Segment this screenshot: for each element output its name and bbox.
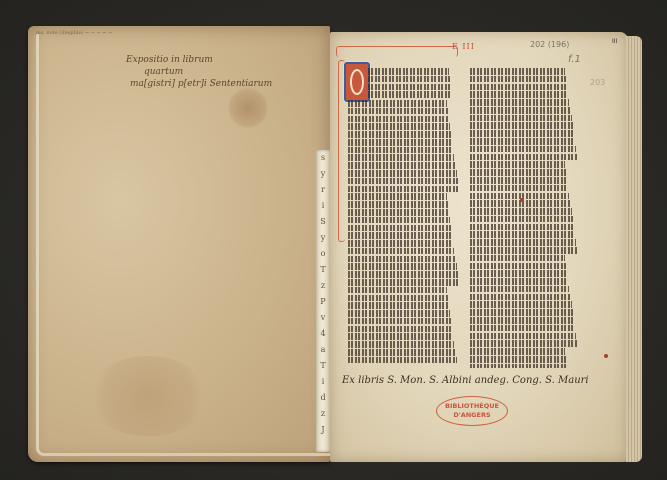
text-line [470, 278, 568, 285]
top-right-mark: III [612, 38, 617, 45]
text-line [470, 224, 574, 231]
text-line [470, 138, 575, 145]
top-scrawl-note: ms. note (illegible) ~ ~ ~ ~ ~ [36, 30, 296, 44]
text-line [348, 225, 451, 232]
text-line [348, 256, 456, 263]
text-line [470, 216, 573, 223]
text-line [470, 270, 567, 277]
rubric-mark [604, 354, 608, 358]
text-line [470, 301, 572, 308]
text-line [348, 131, 451, 138]
text-line [470, 122, 573, 129]
text-line [470, 356, 566, 363]
spine-character: T [316, 358, 330, 374]
text-line [348, 217, 450, 224]
text-line [470, 154, 577, 161]
text-line [470, 263, 566, 270]
text-line [348, 349, 456, 356]
text-line [470, 68, 565, 75]
text-line [470, 177, 567, 184]
text-line [470, 247, 577, 254]
handwritten-title-line-1: Expositio in librum [126, 54, 213, 66]
spine-character: z [316, 278, 330, 294]
spine-character: 4 [316, 326, 330, 342]
spine-character: z [316, 406, 330, 422]
text-line [470, 309, 573, 316]
text-line [470, 107, 570, 114]
text-line [470, 208, 572, 215]
text-line [470, 364, 567, 368]
spine-character: T [316, 262, 330, 278]
text-line [470, 130, 574, 137]
text-column-2 [470, 68, 578, 368]
text-line [348, 178, 458, 185]
spine-character: y [316, 166, 330, 182]
text-line [348, 170, 457, 177]
decorative-border-top [336, 46, 458, 57]
spine-character: J [316, 422, 330, 438]
text-line [470, 99, 569, 106]
text-line [470, 76, 566, 83]
pencil-shelfmark: 202 (196) [530, 40, 569, 49]
spine-character: a [316, 342, 330, 358]
text-line [348, 116, 449, 123]
text-line [348, 232, 452, 239]
water-stain [228, 88, 268, 128]
text-line [348, 193, 447, 200]
text-line [348, 295, 448, 302]
text-line [348, 186, 459, 193]
spine-character: S [316, 214, 330, 230]
page-edges [626, 36, 642, 462]
spine-character: r [316, 182, 330, 198]
text-line [348, 271, 458, 278]
text-line [348, 108, 448, 115]
text-line [348, 147, 453, 154]
spine-character: i [316, 374, 330, 390]
text-line [348, 100, 447, 107]
text-line [348, 123, 450, 130]
spine-character: P [316, 294, 330, 310]
faint-pencil-number: 203 [590, 78, 605, 87]
text-line [348, 201, 448, 208]
spine-character: o [316, 246, 330, 262]
text-line [470, 185, 568, 192]
text-line [348, 341, 454, 348]
text-line [470, 340, 577, 347]
text-line [470, 161, 565, 168]
spine-character: i [316, 198, 330, 214]
text-line [348, 287, 447, 294]
text-column-1 [348, 100, 460, 368]
running-header: E III [452, 42, 475, 51]
text-column-1-head [368, 68, 460, 98]
text-line [348, 357, 457, 364]
text-line [470, 91, 568, 98]
rubric-mark [520, 198, 524, 202]
text-line [470, 84, 567, 91]
spine-character: s [316, 150, 330, 166]
text-line [348, 279, 459, 286]
text-line [368, 76, 450, 83]
left-page-flyleaf [28, 26, 330, 462]
text-line [470, 169, 566, 176]
ex-libris-inscription: Ex libris S. Mon. S. Albini andeg. Cong.… [342, 375, 589, 386]
illuminated-initial [344, 62, 370, 102]
text-line [470, 286, 569, 293]
text-line [368, 91, 452, 98]
water-stain [88, 356, 208, 436]
text-line [348, 209, 449, 216]
text-line [470, 239, 576, 246]
handwritten-title-line-2: quartum [144, 66, 183, 78]
text-line [348, 248, 454, 255]
stamp-line-2: D'ANGERS [437, 411, 507, 420]
text-line [368, 84, 451, 91]
text-line [470, 294, 570, 301]
text-line [348, 154, 454, 161]
text-line [348, 263, 457, 270]
text-line [470, 348, 565, 355]
text-line [348, 302, 449, 309]
text-line [470, 317, 574, 324]
text-line [368, 68, 449, 75]
text-line [470, 333, 576, 340]
text-line [470, 115, 572, 122]
text-line [470, 255, 565, 262]
text-line [348, 139, 452, 146]
text-line [348, 326, 452, 333]
text-line [348, 318, 451, 325]
text-line [470, 231, 575, 238]
handwritten-title-line-3: ma[gistri] p[etr]i Sententiarum [130, 78, 272, 90]
text-line [348, 162, 456, 169]
spine-character: y [316, 230, 330, 246]
library-stamp: BIBLIOTHÈQUE D'ANGERS [436, 396, 508, 426]
text-line [470, 146, 576, 153]
stamp-line-1: BIBLIOTHÈQUE [437, 402, 507, 411]
text-line [470, 325, 575, 332]
spine-character: v [316, 310, 330, 326]
text-line [348, 333, 453, 340]
text-line [348, 310, 450, 317]
folio-number: f.1 [568, 54, 581, 65]
spine-character: d [316, 390, 330, 406]
text-line [348, 240, 453, 247]
spine-binding-strip: syriSyoTzPv4aTidzJ [316, 150, 330, 452]
